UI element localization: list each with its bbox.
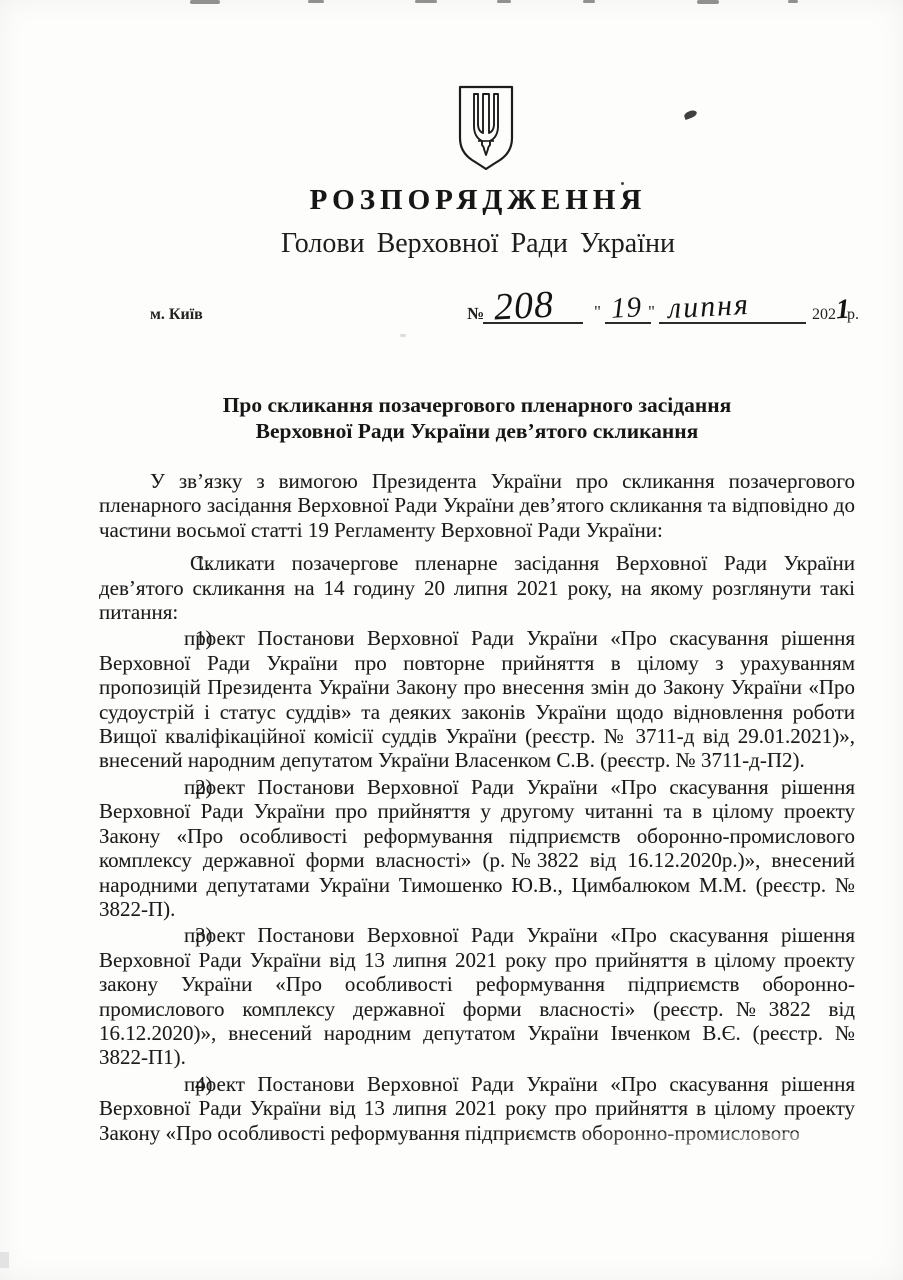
year-printed: 202	[812, 306, 836, 324]
item-number: 1)	[147, 626, 184, 650]
subject-line-2: Верховної Ради України дев’ятого скликан…	[99, 418, 855, 444]
item-number: 1.	[147, 551, 190, 575]
item-text: проект Постанови Верховної Ради України …	[99, 775, 855, 921]
handwritten-number: 208	[493, 282, 555, 329]
document-subject: Про скликання позачергового пленарного з…	[99, 392, 855, 444]
scan-artifact	[788, 0, 798, 3]
handwritten-day: 19	[610, 291, 643, 326]
item-number: 4)	[147, 1072, 184, 1096]
sub-item-1: 1)проект Постанови Верховної Ради Україн…	[99, 626, 855, 772]
scan-artifact	[400, 334, 406, 337]
issue-city: м. Київ	[150, 306, 203, 324]
scan-artifact	[308, 0, 324, 3]
ordered-item-1: 1.Скликати позачергове пленарне засіданн…	[99, 551, 855, 624]
item-text: проект Постанови Верховної Ради України …	[99, 626, 855, 772]
scan-artifact	[0, 1252, 9, 1268]
item-number: 3)	[147, 923, 184, 947]
document-body: У зв’язку з вимогою Президента України п…	[99, 469, 855, 1145]
year-suffix: р.	[847, 306, 859, 324]
item-text: Скликати позачергове пленарне засідання …	[99, 551, 855, 624]
scan-artifact	[497, 0, 511, 3]
scan-artifact	[697, 0, 719, 4]
scan-artifact	[583, 0, 595, 3]
scan-artifact	[415, 0, 437, 3]
day-close-quote: "	[648, 302, 655, 322]
subject-line-1: Про скликання позачергового пленарного з…	[99, 392, 855, 418]
sub-item-4: 4)проект Постанови Верховної Ради Україн…	[99, 1072, 855, 1145]
item-text: проект Постанови Верховної Ради України …	[99, 1072, 855, 1145]
document-title: РОЗПОРЯДЖЕННЯ	[0, 184, 903, 217]
item-number: 2)	[147, 775, 184, 799]
item-text: проект Постанови Верховної Ради України …	[99, 923, 855, 1069]
scan-artifact	[683, 109, 698, 120]
scan-artifact	[190, 0, 220, 4]
document-subtitle: Голови Верховної Ради України	[0, 228, 903, 260]
sub-item-2: 2)проект Постанови Верховної Ради Україн…	[99, 775, 855, 921]
number-label: №	[467, 304, 484, 324]
document-page: РОЗПОРЯДЖЕННЯ Голови Верховної Ради Укра…	[0, 0, 903, 1280]
handwritten-month: липня	[667, 288, 751, 326]
ukraine-trident-emblem-icon	[454, 84, 518, 172]
intro-paragraph: У зв’язку з вимогою Президента України п…	[99, 469, 855, 542]
sub-item-3: 3)проект Постанови Верховної Ради Україн…	[99, 923, 855, 1069]
scan-artifact	[621, 182, 624, 185]
day-open-quote: "	[594, 302, 601, 322]
